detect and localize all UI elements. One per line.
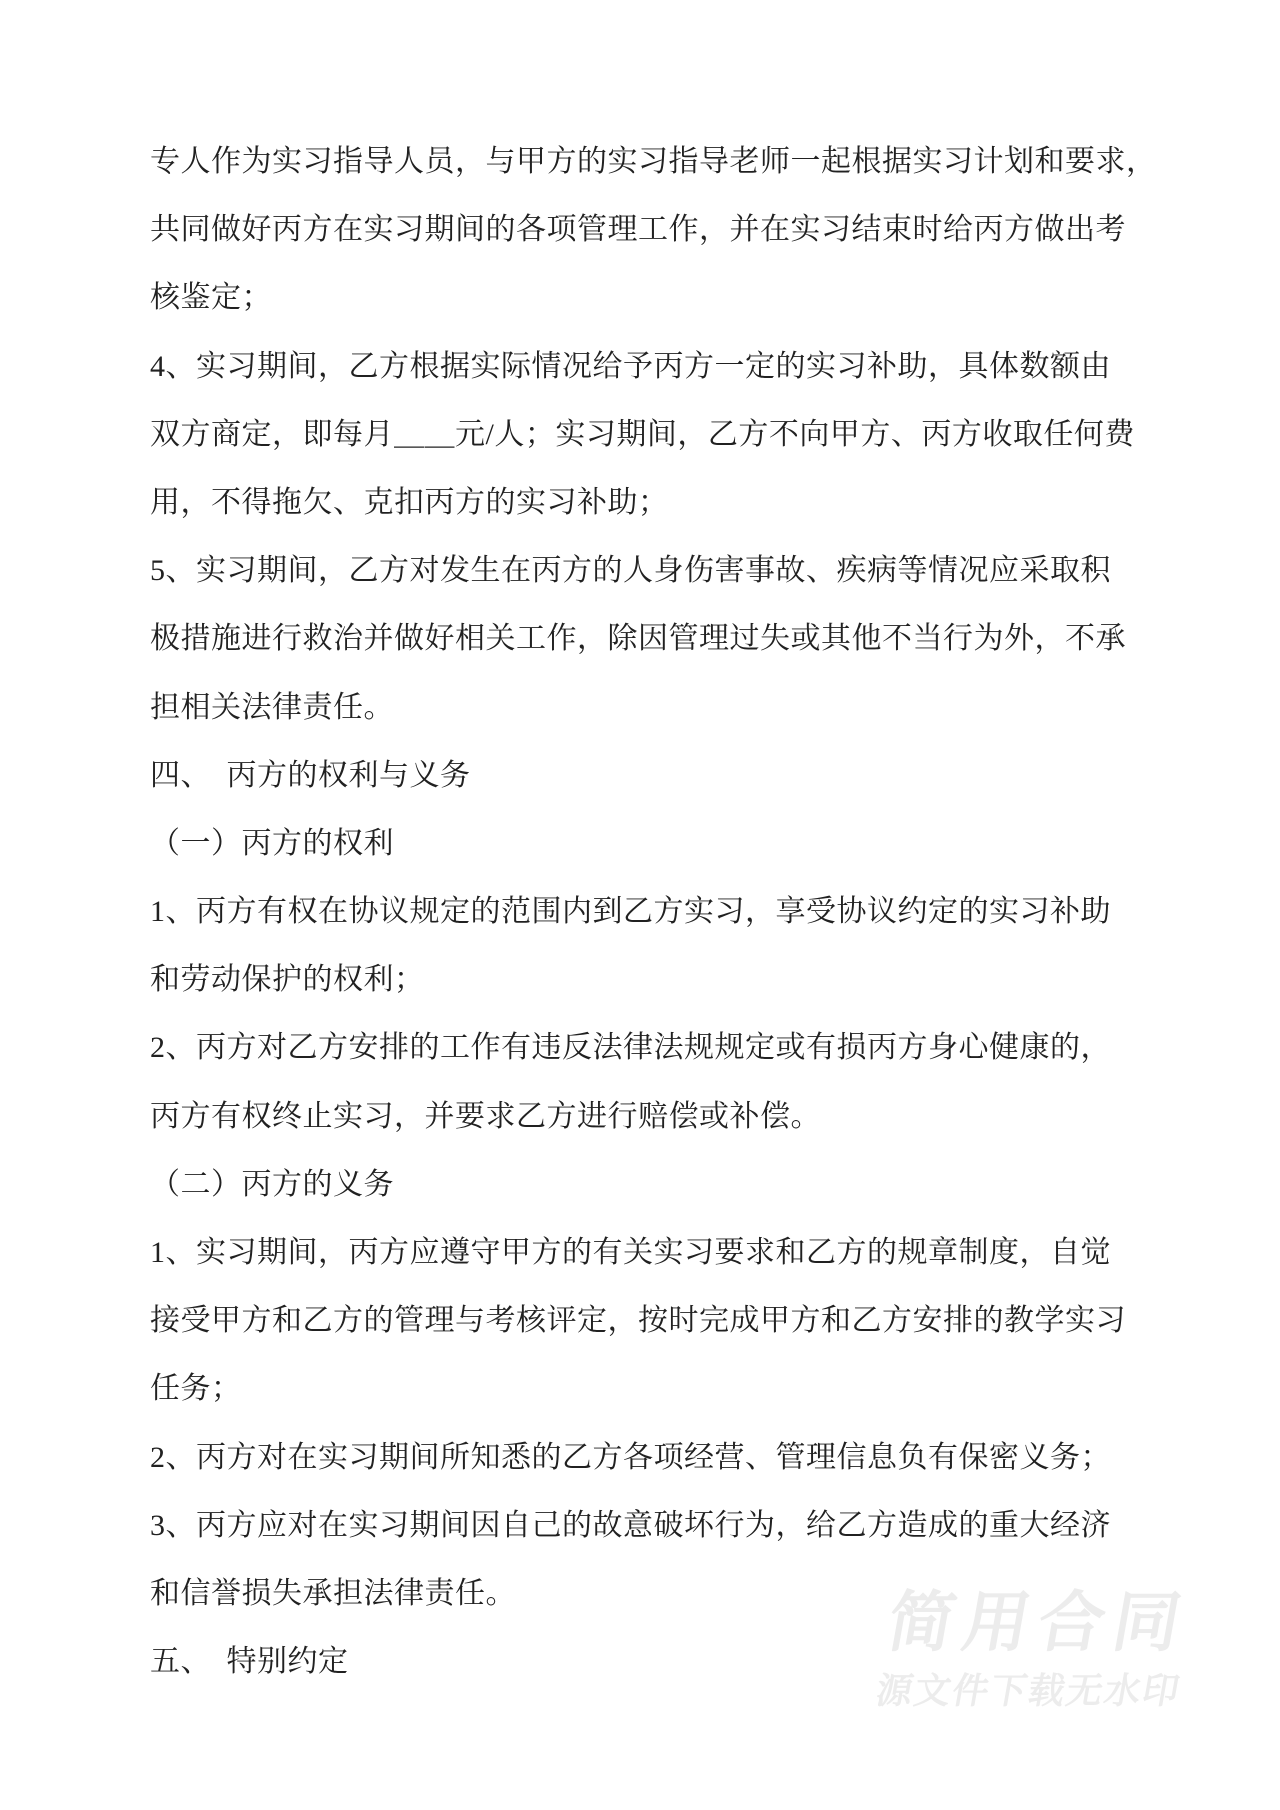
document-line: 5、实习期间，乙方对发生在丙方的人身伤害事故、疾病等情况应采取积 (150, 537, 1150, 605)
document-line: 4、实习期间，乙方根据实际情况给予丙方一定的实习补助，具体数额由 (150, 333, 1150, 401)
contract-text-block: 专人作为实习指导人员，与甲方的实习指导老师一起根据实习计划和要求，共同做好丙方在… (150, 128, 1150, 1696)
document-line: 共同做好丙方在实习期间的各项管理工作，并在实习结束时给丙方做出考 (150, 196, 1150, 264)
document-line: 1、丙方有权在协议规定的范围内到乙方实习，享受协议约定的实习补助 (150, 878, 1150, 946)
document-line: 担相关法律责任。 (150, 674, 1150, 742)
document-line: 3、丙方应对在实习期间因自己的故意破坏行为，给乙方造成的重大经济 (150, 1492, 1150, 1560)
document-line: 2、丙方对乙方安排的工作有违反法律法规规定或有损丙方身心健康的， (150, 1014, 1150, 1082)
document-line: 五、 特别约定 (150, 1628, 1150, 1696)
document-line: 用，不得拖欠、克扣丙方的实习补助； (150, 469, 1150, 537)
document-line: （一）丙方的权利 (150, 810, 1150, 878)
document-line: 核鉴定； (150, 264, 1150, 332)
document-page: 专人作为实习指导人员，与甲方的实习指导老师一起根据实习计划和要求，共同做好丙方在… (0, 0, 1280, 1810)
document-line: 丙方有权终止实习，并要求乙方进行赔偿或补偿。 (150, 1083, 1150, 1151)
document-line: 极措施进行救治并做好相关工作，除因管理过失或其他不当行为外，不承 (150, 605, 1150, 673)
document-line: 2、丙方对在实习期间所知悉的乙方各项经营、管理信息负有保密义务； (150, 1424, 1150, 1492)
document-line: 任务； (150, 1355, 1150, 1423)
document-line: 专人作为实习指导人员，与甲方的实习指导老师一起根据实习计划和要求， (150, 128, 1150, 196)
document-line: 四、 丙方的权利与义务 (150, 742, 1150, 810)
document-line: 1、实习期间，丙方应遵守甲方的有关实习要求和乙方的规章制度，自觉 (150, 1219, 1150, 1287)
document-line: （二）丙方的义务 (150, 1151, 1150, 1219)
document-line: 双方商定，即每月＿＿元/人；实习期间，乙方不向甲方、丙方收取任何费 (150, 401, 1150, 469)
document-line: 和信誉损失承担法律责任。 (150, 1560, 1150, 1628)
document-line: 和劳动保护的权利； (150, 946, 1150, 1014)
document-line: 接受甲方和乙方的管理与考核评定，按时完成甲方和乙方安排的教学实习 (150, 1287, 1150, 1355)
